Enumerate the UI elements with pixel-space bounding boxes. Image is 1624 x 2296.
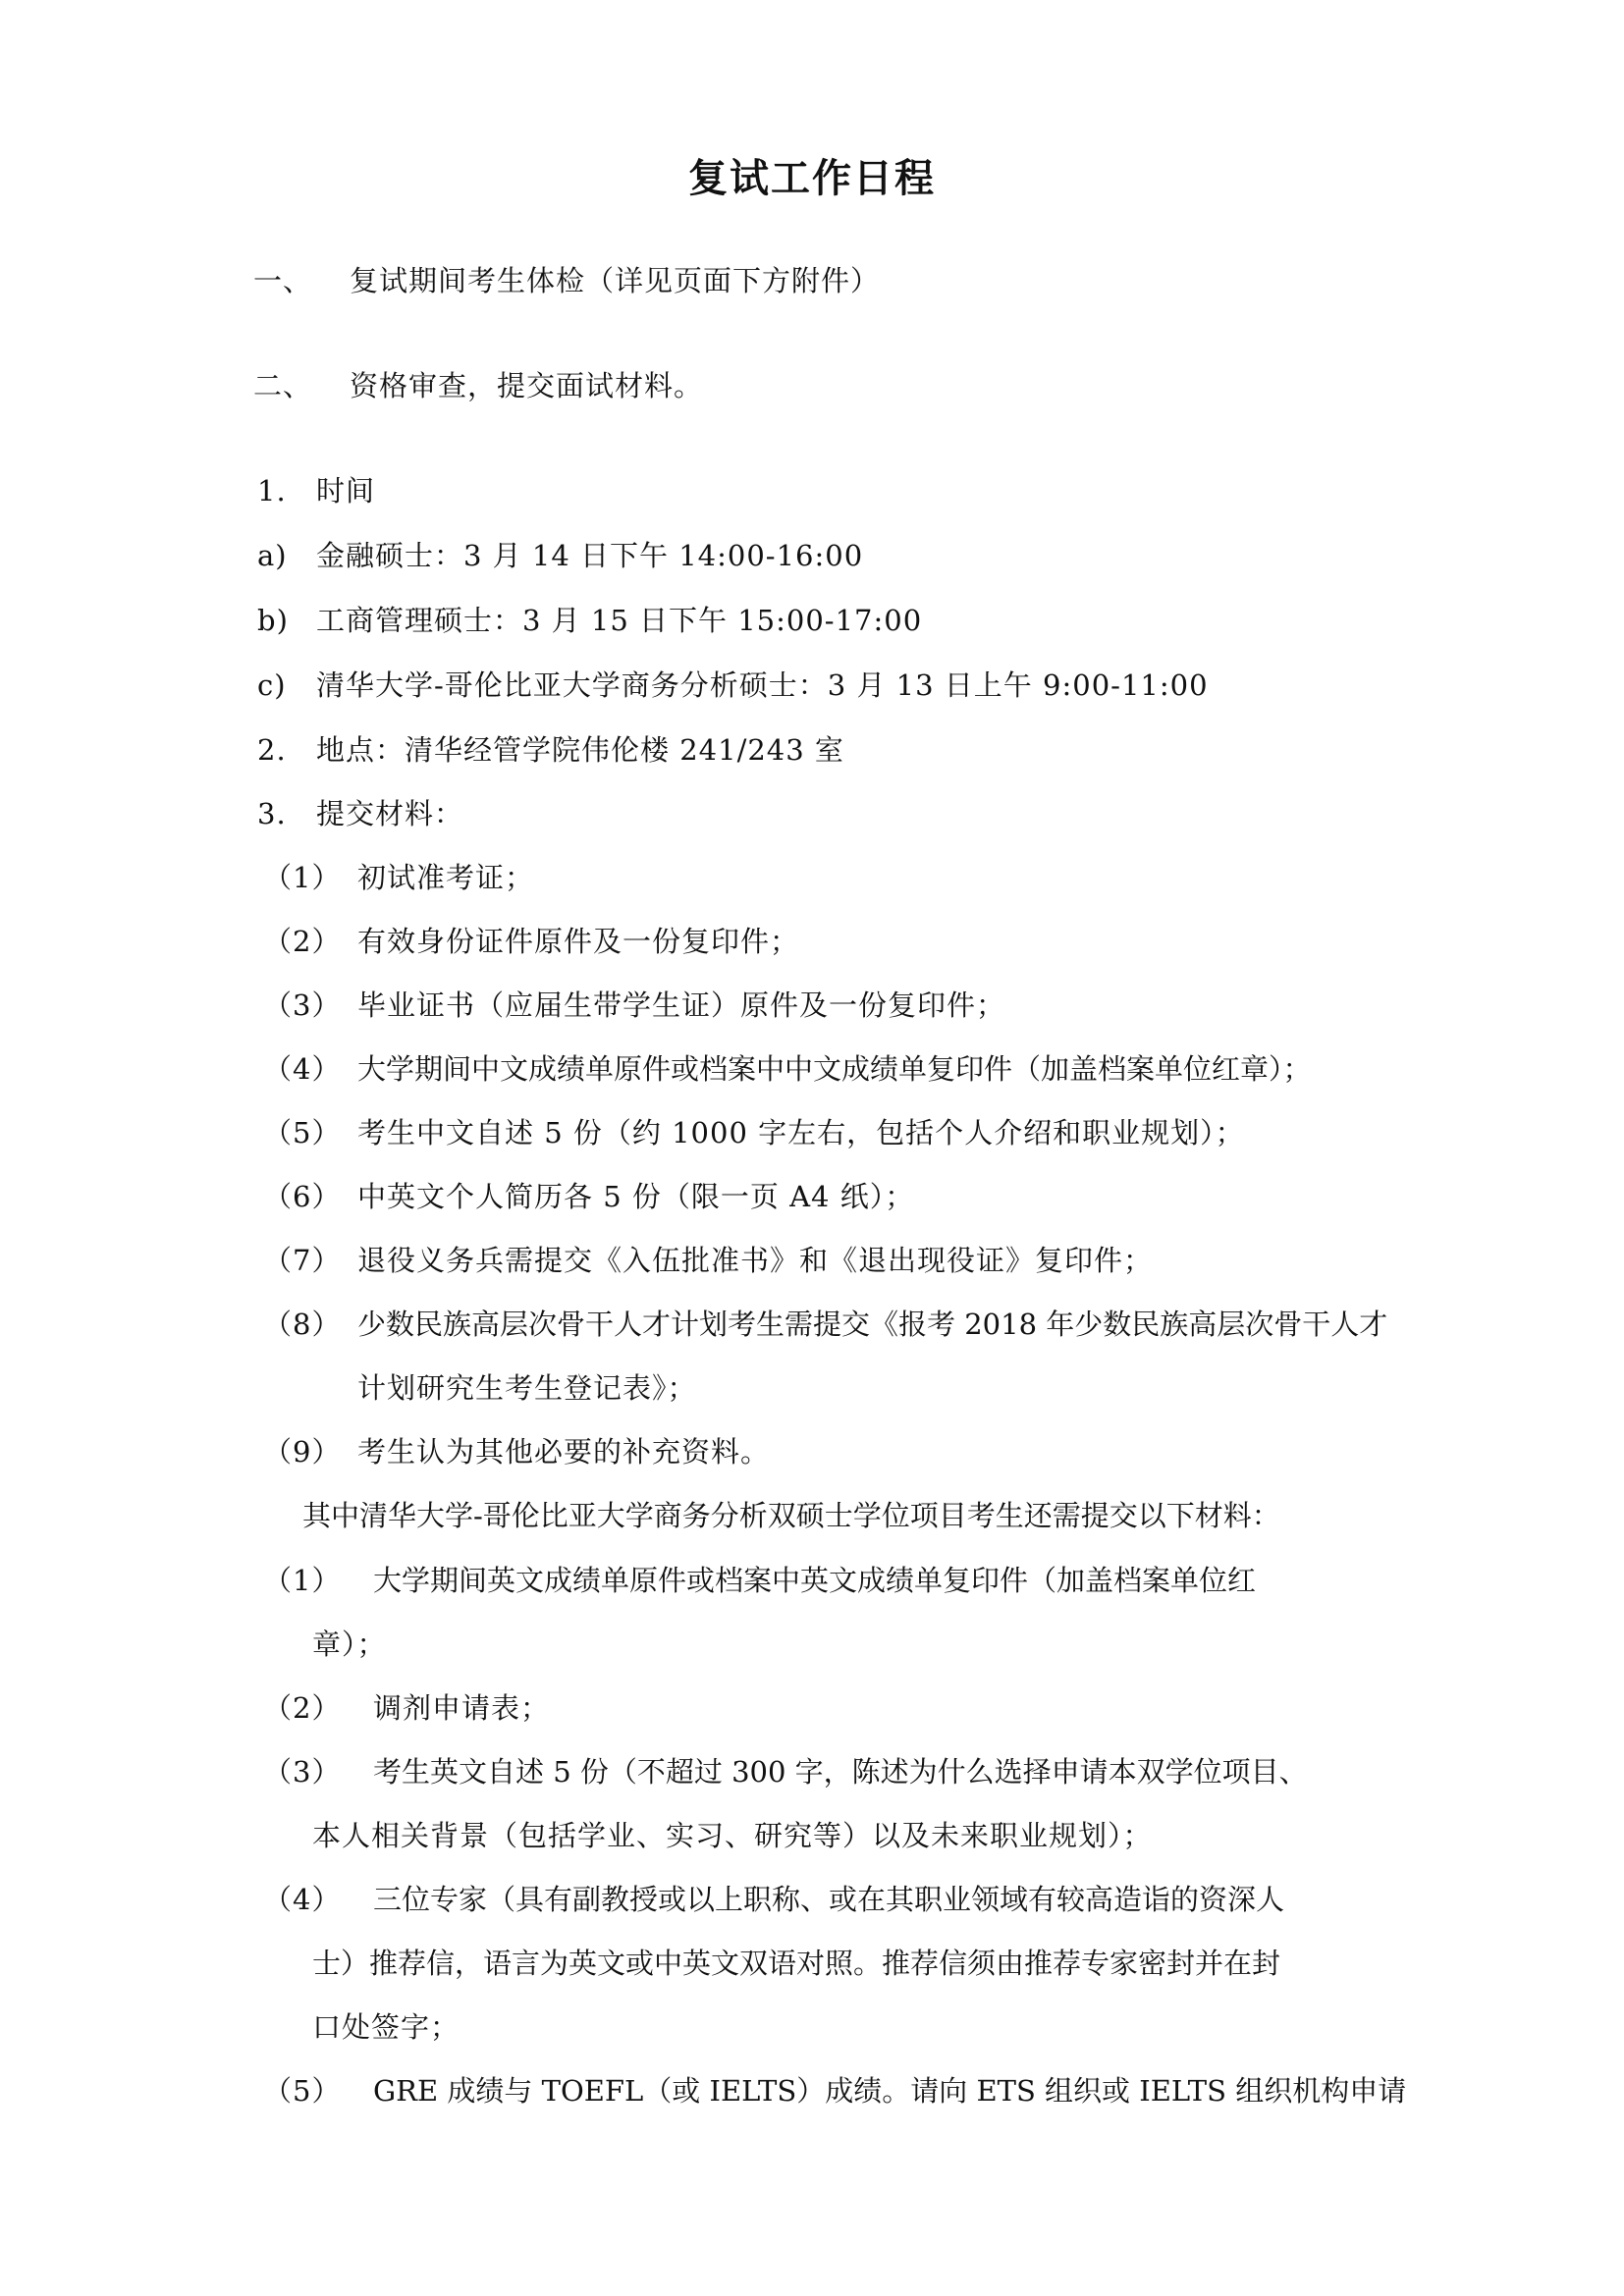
material-item-1: （1）初试准考证； bbox=[263, 860, 534, 895]
item-text: 考生认为其他必要的补充资料。 bbox=[357, 1434, 770, 1469]
section-text: 复试期间考生体检（详见页面下方附件） bbox=[350, 263, 880, 298]
item-text: 考生英文自述 5 份（不超过 300 字，陈述为什么选择申请本双学位项目、 bbox=[373, 1754, 1308, 1789]
materials-heading: 3.提交材料： bbox=[257, 796, 463, 831]
item-text: 工商管理硕士：3 月 15 日下午 15:00-17:00 bbox=[316, 603, 922, 638]
page-title: 复试工作日程 bbox=[0, 147, 1624, 203]
section-text: 资格审查，提交面试材料。 bbox=[350, 368, 703, 403]
item-text: 考生中文自述 5 份（约 1000 字左右，包括个人介绍和职业规划）； bbox=[357, 1115, 1245, 1150]
item-marker: 2. bbox=[257, 732, 316, 768]
item-marker: （8） bbox=[263, 1307, 357, 1342]
dual-item-4-continuation-2: 口处签字； bbox=[312, 2009, 460, 2045]
item-text: 提交材料： bbox=[316, 796, 463, 831]
item-text: 初试准考证； bbox=[357, 860, 534, 895]
dual-item-1: （1）大学期间英文成绩单原件或档案中英文成绩单复印件（加盖档案单位红 bbox=[263, 1563, 1256, 1598]
item-text: 有效身份证件原件及一份复印件； bbox=[357, 924, 799, 959]
item-text: 章）； bbox=[312, 1627, 387, 1662]
section-marker: 一、 bbox=[253, 263, 350, 298]
item-marker: a) bbox=[257, 538, 316, 573]
item-marker: （7） bbox=[263, 1243, 357, 1278]
material-item-5: （5）考生中文自述 5 份（约 1000 字左右，包括个人介绍和职业规划）； bbox=[263, 1115, 1245, 1150]
time-item-a: a)金融硕士：3 月 14 日下午 14:00-16:00 bbox=[257, 538, 863, 573]
item-marker: （3） bbox=[263, 988, 357, 1023]
document-page: 复试工作日程 一、复试期间考生体检（详见页面下方附件） 二、资格审查，提交面试材… bbox=[0, 0, 1624, 2296]
item-marker: （2） bbox=[263, 924, 357, 959]
dual-item-5: （5）GRE 成绩与 TOEFL（或 IELTS）成绩。请向 ETS 组织或 I… bbox=[263, 2073, 1406, 2109]
item-text: 三位专家（具有副教授或以上职称、或在其职业领域有较高造诣的资深人 bbox=[373, 1882, 1284, 1917]
item-marker: （1） bbox=[263, 1563, 373, 1598]
dual-item-1-continuation: 章）； bbox=[312, 1627, 387, 1662]
dual-degree-intro: 其中清华大学-哥伦比亚大学商务分析双硕士学位项目考生还需提交以下材料： bbox=[302, 1498, 1280, 1533]
item-marker: （9） bbox=[263, 1434, 357, 1469]
material-item-3: （3）毕业证书（应届生带学生证）原件及一份复印件； bbox=[263, 988, 1005, 1023]
item-text: 中英文个人简历各 5 份（限一页 A4 纸）； bbox=[357, 1179, 914, 1214]
location: 2.地点：清华经管学院伟伦楼 241/243 室 bbox=[257, 732, 844, 768]
item-marker: b) bbox=[257, 603, 316, 638]
item-text: 大学期间中文成绩单原件或档案中中文成绩单复印件（加盖档案单位红章）； bbox=[357, 1051, 1312, 1087]
item-marker: （4） bbox=[263, 1051, 357, 1087]
item-text: GRE 成绩与 TOEFL（或 IELTS）成绩。请向 ETS 组织或 IELT… bbox=[373, 2073, 1406, 2109]
item-text: 地点：清华经管学院伟伦楼 241/243 室 bbox=[316, 732, 844, 768]
material-item-7: （7）退役义务兵需提交《入伍批准书》和《退出现役证》复印件； bbox=[263, 1243, 1153, 1278]
material-item-4: （4）大学期间中文成绩单原件或档案中中文成绩单复印件（加盖档案单位红章）； bbox=[263, 1051, 1312, 1087]
dual-item-4: （4）三位专家（具有副教授或以上职称、或在其职业领域有较高造诣的资深人 bbox=[263, 1882, 1284, 1917]
time-item-c: c)清华大学-哥伦比亚大学商务分析硕士：3 月 13 日上午 9:00-11:0… bbox=[257, 667, 1209, 703]
item-text: 时间 bbox=[316, 473, 375, 508]
item-text: 调剂申请表； bbox=[373, 1690, 550, 1726]
material-item-9: （9）考生认为其他必要的补充资料。 bbox=[263, 1434, 770, 1469]
item-text: 清华大学-哥伦比亚大学商务分析硕士：3 月 13 日上午 9:00-11:00 bbox=[316, 667, 1209, 703]
item-text: 口处签字； bbox=[312, 2009, 460, 2045]
item-marker: （5） bbox=[263, 2073, 373, 2109]
material-item-8: （8）少数民族高层次骨干人才计划考生需提交《报考 2018 年少数民族高层次骨干… bbox=[263, 1307, 1387, 1342]
item-text: 退役义务兵需提交《入伍批准书》和《退出现役证》复印件； bbox=[357, 1243, 1153, 1278]
material-item-6: （6）中英文个人简历各 5 份（限一页 A4 纸）； bbox=[263, 1179, 914, 1214]
item-text: 少数民族高层次骨干人才计划考生需提交《报考 2018 年少数民族高层次骨干人才 bbox=[357, 1307, 1387, 1342]
section-1: 一、复试期间考生体检（详见页面下方附件） bbox=[253, 263, 880, 298]
section-2: 二、资格审查，提交面试材料。 bbox=[253, 368, 703, 403]
time-heading: 1.时间 bbox=[257, 473, 375, 508]
dual-item-3-continuation: 本人相关背景（包括学业、实习、研究等）以及未来职业规划）； bbox=[312, 1818, 1153, 1853]
item-marker: （2） bbox=[263, 1690, 373, 1726]
item-marker: c) bbox=[257, 667, 316, 703]
item-text: 士）推荐信，语言为英文或中英文双语对照。推荐信须由推荐专家密封并在封 bbox=[312, 1946, 1280, 1981]
item-text: 毕业证书（应届生带学生证）原件及一份复印件； bbox=[357, 988, 1005, 1023]
item-text: 本人相关背景（包括学业、实习、研究等）以及未来职业规划）； bbox=[312, 1818, 1153, 1853]
item-marker: （3） bbox=[263, 1754, 373, 1789]
item-marker: （6） bbox=[263, 1179, 357, 1214]
dual-item-3: （3）考生英文自述 5 份（不超过 300 字，陈述为什么选择申请本双学位项目、 bbox=[263, 1754, 1308, 1789]
section-marker: 二、 bbox=[253, 368, 350, 403]
intro-text: 其中清华大学-哥伦比亚大学商务分析双硕士学位项目考生还需提交以下材料： bbox=[302, 1498, 1280, 1533]
dual-item-4-continuation-1: 士）推荐信，语言为英文或中英文双语对照。推荐信须由推荐专家密封并在封 bbox=[312, 1946, 1280, 1981]
item-marker: 3. bbox=[257, 796, 316, 831]
dual-item-2: （2）调剂申请表； bbox=[263, 1690, 550, 1726]
item-marker: （4） bbox=[263, 1882, 373, 1917]
material-item-2: （2）有效身份证件原件及一份复印件； bbox=[263, 924, 799, 959]
material-item-8-continuation: 计划研究生考生登记表》； bbox=[357, 1370, 697, 1406]
item-marker: （1） bbox=[263, 860, 357, 895]
item-text: 金融硕士：3 月 14 日下午 14:00-16:00 bbox=[316, 538, 863, 573]
item-marker: （5） bbox=[263, 1115, 357, 1150]
item-text: 计划研究生考生登记表》； bbox=[357, 1370, 697, 1406]
time-item-b: b)工商管理硕士：3 月 15 日下午 15:00-17:00 bbox=[257, 603, 922, 638]
item-text: 大学期间英文成绩单原件或档案中英文成绩单复印件（加盖档案单位红 bbox=[373, 1563, 1256, 1598]
item-marker: 1. bbox=[257, 473, 316, 508]
